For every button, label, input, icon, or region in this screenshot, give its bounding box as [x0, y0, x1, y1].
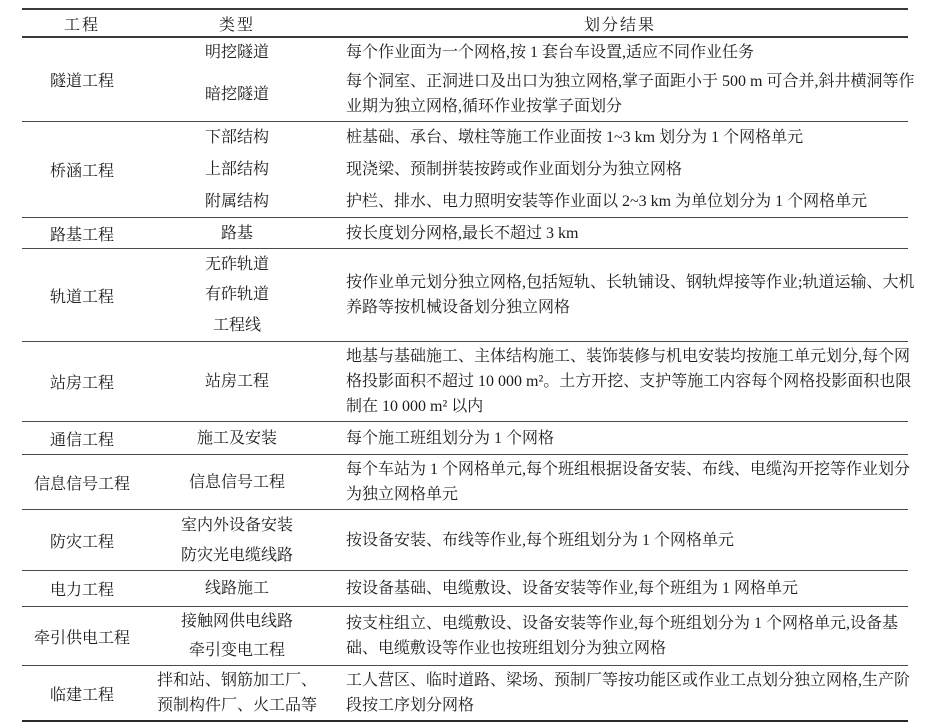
project-cell: 防灾工程: [22, 510, 142, 570]
result-cell: 按长度划分网格,最长不超过 3 km: [332, 218, 922, 248]
project-cell: 路基工程: [22, 218, 142, 248]
result-cell: 现浇梁、预制拼装按跨或作业面划分为独立网格: [332, 154, 922, 186]
type-cell: 站房工程: [142, 342, 332, 421]
entries: 站房工程 地基与基础施工、主体结构施工、装饰装修与机电安装均按施工单元划分,每个…: [142, 342, 908, 421]
type-cell: 拌和站、钢筋加工厂、预制构件厂、火工品等: [142, 666, 332, 720]
result-text: 每个施工班组划分为 1 个网格: [346, 426, 554, 451]
result-cell: 每个施工班组划分为 1 个网格: [332, 422, 922, 454]
result-cell: 按支柱组立、电缆敷设、设备安装等作业,每个班组划分为 1 个网格单元,设备基础、…: [332, 607, 922, 665]
result-text: 按作业单元划分独立网格,包括短轨、长轨铺设、钢轨焊接等作业;轨道运输、大机养路等…: [346, 270, 916, 320]
table-subrow: 信息信号工程 每个车站为 1 个网格单元,每个班组根据设备安装、布线、电缆沟开挖…: [142, 455, 908, 509]
table-subrow: 下部结构 桩基础、承台、墩柱等施工作业面按 1~3 km 划分为 1 个网格单元: [142, 122, 908, 154]
table-subrow: 线路施工 按设备基础、电缆敷设、设备安装等作业,每个班组为 1 网格单元: [142, 571, 908, 606]
entries: 接触网供电线路 牵引变电工程 按支柱组立、电缆敷设、设备安装等作业,每个班组划分…: [142, 607, 908, 665]
type-cell: 暗挖隧道: [142, 67, 332, 121]
type-cell: 明挖隧道: [142, 38, 332, 67]
table-subrow: 无砟轨道 有砟轨道 工程线 按作业单元划分独立网格,包括短轨、长轨铺设、钢轨焊接…: [142, 249, 908, 341]
result-text: 每个车站为 1 个网格单元,每个班组根据设备安装、布线、电缆沟开挖等作业划分为独…: [346, 457, 916, 507]
result-cell: 按设备基础、电缆敷设、设备安装等作业,每个班组为 1 网格单元: [332, 571, 922, 606]
table-subrow: 接触网供电线路 牵引变电工程 按支柱组立、电缆敷设、设备安装等作业,每个班组划分…: [142, 607, 908, 665]
entries: 下部结构 桩基础、承台、墩柱等施工作业面按 1~3 km 划分为 1 个网格单元…: [142, 122, 908, 217]
type-label: 无砟轨道: [205, 252, 269, 277]
table-header-row: 工程 类型 划分结果: [22, 10, 908, 38]
table-row-bridge: 桥涵工程 下部结构 桩基础、承台、墩柱等施工作业面按 1~3 km 划分为 1 …: [22, 122, 908, 218]
result-text: 每个洞室、正洞进口及出口为独立网格,掌子面距小于 500 m 可合并,斜井横洞等…: [346, 69, 916, 119]
entries: 施工及安装 每个施工班组划分为 1 个网格: [142, 422, 908, 454]
table-subrow: 站房工程 地基与基础施工、主体结构施工、装饰装修与机电安装均按施工单元划分,每个…: [142, 342, 908, 421]
table-subrow: 室内外设备安装 防灾光电缆线路 按设备安装、布线等作业,每个班组划分为 1 个网…: [142, 510, 908, 570]
project-cell: 牵引供电工程: [22, 607, 142, 665]
table-subrow: 上部结构 现浇梁、预制拼装按跨或作业面划分为独立网格: [142, 154, 908, 186]
result-text: 按设备基础、电缆敷设、设备安装等作业,每个班组为 1 网格单元: [346, 576, 798, 601]
project-cell: 临建工程: [22, 666, 142, 720]
result-cell: 按设备安装、布线等作业,每个班组划分为 1 个网格单元: [332, 510, 922, 570]
entries: 拌和站、钢筋加工厂、预制构件厂、火工品等 工人营区、临时道路、梁场、预制厂等按功…: [142, 666, 908, 720]
type-label: 明挖隧道: [205, 40, 269, 65]
table-subrow: 附属结构 护栏、排水、电力照明安装等作业面以 2~3 km 为单位划分为 1 个…: [142, 185, 908, 217]
type-label: 防灾光电缆线路: [181, 543, 293, 568]
type-label: 上部结构: [205, 157, 269, 182]
table-row-communication: 通信工程 施工及安装 每个施工班组划分为 1 个网格: [22, 422, 908, 455]
header-type: 类型: [142, 12, 332, 35]
project-cell: 通信工程: [22, 422, 142, 454]
entries: 室内外设备安装 防灾光电缆线路 按设备安装、布线等作业,每个班组划分为 1 个网…: [142, 510, 908, 570]
type-label: 接触网供电线路: [181, 609, 293, 634]
table-subrow: 施工及安装 每个施工班组划分为 1 个网格: [142, 422, 908, 454]
result-text: 现浇梁、预制拼装按跨或作业面划分为独立网格: [346, 157, 682, 182]
result-text: 按长度划分网格,最长不超过 3 km: [346, 221, 578, 246]
entries: 明挖隧道 每个作业面为一个网格,按 1 套台车设置,适应不同作业任务 暗挖隧道 …: [142, 38, 908, 121]
entries: 线路施工 按设备基础、电缆敷设、设备安装等作业,每个班组为 1 网格单元: [142, 571, 908, 606]
table-row-temporary: 临建工程 拌和站、钢筋加工厂、预制构件厂、火工品等 工人营区、临时道路、梁场、预…: [22, 666, 908, 720]
type-cell: 室内外设备安装 防灾光电缆线路: [142, 510, 332, 570]
type-label: 下部结构: [205, 125, 269, 150]
entries: 路基 按长度划分网格,最长不超过 3 km: [142, 218, 908, 248]
project-cell: 轨道工程: [22, 249, 142, 341]
type-label: 信息信号工程: [189, 470, 285, 495]
type-cell: 无砟轨道 有砟轨道 工程线: [142, 249, 332, 341]
grid-division-table: 工程 类型 划分结果 隧道工程 明挖隧道 每个作业面为一个网格,按 1 套台车设…: [22, 8, 908, 722]
result-text: 护栏、排水、电力照明安装等作业面以 2~3 km 为单位划分为 1 个网格单元: [346, 189, 867, 214]
result-cell: 工人营区、临时道路、梁场、预制厂等按功能区或作业工点划分独立网格,生产阶段按工序…: [332, 666, 922, 720]
result-cell: 每个作业面为一个网格,按 1 套台车设置,适应不同作业任务: [332, 38, 922, 67]
entries: 信息信号工程 每个车站为 1 个网格单元,每个班组根据设备安装、布线、电缆沟开挖…: [142, 455, 908, 509]
result-text: 按设备安装、布线等作业,每个班组划分为 1 个网格单元: [346, 528, 734, 553]
type-cell: 信息信号工程: [142, 455, 332, 509]
table-row-track: 轨道工程 无砟轨道 有砟轨道 工程线 按作业单元划分独立网格,包括短轨、长轨铺设…: [22, 249, 908, 342]
result-text: 每个作业面为一个网格,按 1 套台车设置,适应不同作业任务: [346, 40, 754, 65]
type-label: 路基: [221, 221, 253, 246]
type-cell: 附属结构: [142, 185, 332, 217]
result-cell: 每个洞室、正洞进口及出口为独立网格,掌子面距小于 500 m 可合并,斜井横洞等…: [332, 67, 922, 121]
type-label: 工程线: [213, 313, 261, 338]
table-subrow: 拌和站、钢筋加工厂、预制构件厂、火工品等 工人营区、临时道路、梁场、预制厂等按功…: [142, 666, 908, 720]
result-cell: 地基与基础施工、主体结构施工、装饰装修与机电安装均按施工单元划分,每个网格投影面…: [332, 342, 922, 421]
result-text: 桩基础、承台、墩柱等施工作业面按 1~3 km 划分为 1 个网格单元: [346, 125, 803, 150]
project-cell: 电力工程: [22, 571, 142, 606]
type-cell: 施工及安装: [142, 422, 332, 454]
result-cell: 按作业单元划分独立网格,包括短轨、长轨铺设、钢轨焊接等作业;轨道运输、大机养路等…: [332, 249, 922, 341]
entries: 无砟轨道 有砟轨道 工程线 按作业单元划分独立网格,包括短轨、长轨铺设、钢轨焊接…: [142, 249, 908, 341]
type-cell: 上部结构: [142, 154, 332, 186]
table-row-traction: 牵引供电工程 接触网供电线路 牵引变电工程 按支柱组立、电缆敷设、设备安装等作业…: [22, 607, 908, 666]
table-subrow: 路基 按长度划分网格,最长不超过 3 km: [142, 218, 908, 248]
table-row-signal: 信息信号工程 信息信号工程 每个车站为 1 个网格单元,每个班组根据设备安装、布…: [22, 455, 908, 510]
result-cell: 每个车站为 1 个网格单元,每个班组根据设备安装、布线、电缆沟开挖等作业划分为独…: [332, 455, 922, 509]
project-cell: 站房工程: [22, 342, 142, 421]
project-cell: 信息信号工程: [22, 455, 142, 509]
result-text: 按支柱组立、电缆敷设、设备安装等作业,每个班组划分为 1 个网格单元,设备基础、…: [346, 611, 916, 661]
type-cell: 下部结构: [142, 122, 332, 154]
table-row-disaster: 防灾工程 室内外设备安装 防灾光电缆线路 按设备安装、布线等作业,每个班组划分为…: [22, 510, 908, 571]
header-result: 划分结果: [332, 12, 908, 35]
table-row-roadbed: 路基工程 路基 按长度划分网格,最长不超过 3 km: [22, 218, 908, 249]
type-label: 站房工程: [205, 369, 269, 394]
header-project: 工程: [22, 12, 142, 35]
type-label: 暗挖隧道: [205, 82, 269, 107]
table-row-tunnel: 隧道工程 明挖隧道 每个作业面为一个网格,按 1 套台车设置,适应不同作业任务 …: [22, 38, 908, 122]
type-cell: 线路施工: [142, 571, 332, 606]
project-cell: 隧道工程: [22, 38, 142, 121]
type-label: 施工及安装: [197, 426, 277, 451]
table-subrow: 明挖隧道 每个作业面为一个网格,按 1 套台车设置,适应不同作业任务: [142, 38, 908, 67]
result-cell: 护栏、排水、电力照明安装等作业面以 2~3 km 为单位划分为 1 个网格单元: [332, 185, 922, 217]
project-cell: 桥涵工程: [22, 122, 142, 217]
type-cell: 路基: [142, 218, 332, 248]
table-row-power: 电力工程 线路施工 按设备基础、电缆敷设、设备安装等作业,每个班组为 1 网格单…: [22, 571, 908, 607]
type-label: 拌和站、钢筋加工厂、预制构件厂、火工品等: [152, 668, 322, 718]
table-row-station: 站房工程 站房工程 地基与基础施工、主体结构施工、装饰装修与机电安装均按施工单元…: [22, 342, 908, 422]
type-label: 室内外设备安装: [181, 513, 293, 538]
result-text: 工人营区、临时道路、梁场、预制厂等按功能区或作业工点划分独立网格,生产阶段按工序…: [346, 668, 916, 718]
type-label: 有砟轨道: [205, 282, 269, 307]
type-label: 线路施工: [205, 576, 269, 601]
table-subrow: 暗挖隧道 每个洞室、正洞进口及出口为独立网格,掌子面距小于 500 m 可合并,…: [142, 67, 908, 121]
type-label: 附属结构: [205, 189, 269, 214]
type-cell: 接触网供电线路 牵引变电工程: [142, 607, 332, 665]
type-label: 牵引变电工程: [189, 638, 285, 663]
result-text: 地基与基础施工、主体结构施工、装饰装修与机电安装均按施工单元划分,每个网格投影面…: [346, 344, 916, 419]
result-cell: 桩基础、承台、墩柱等施工作业面按 1~3 km 划分为 1 个网格单元: [332, 122, 922, 154]
